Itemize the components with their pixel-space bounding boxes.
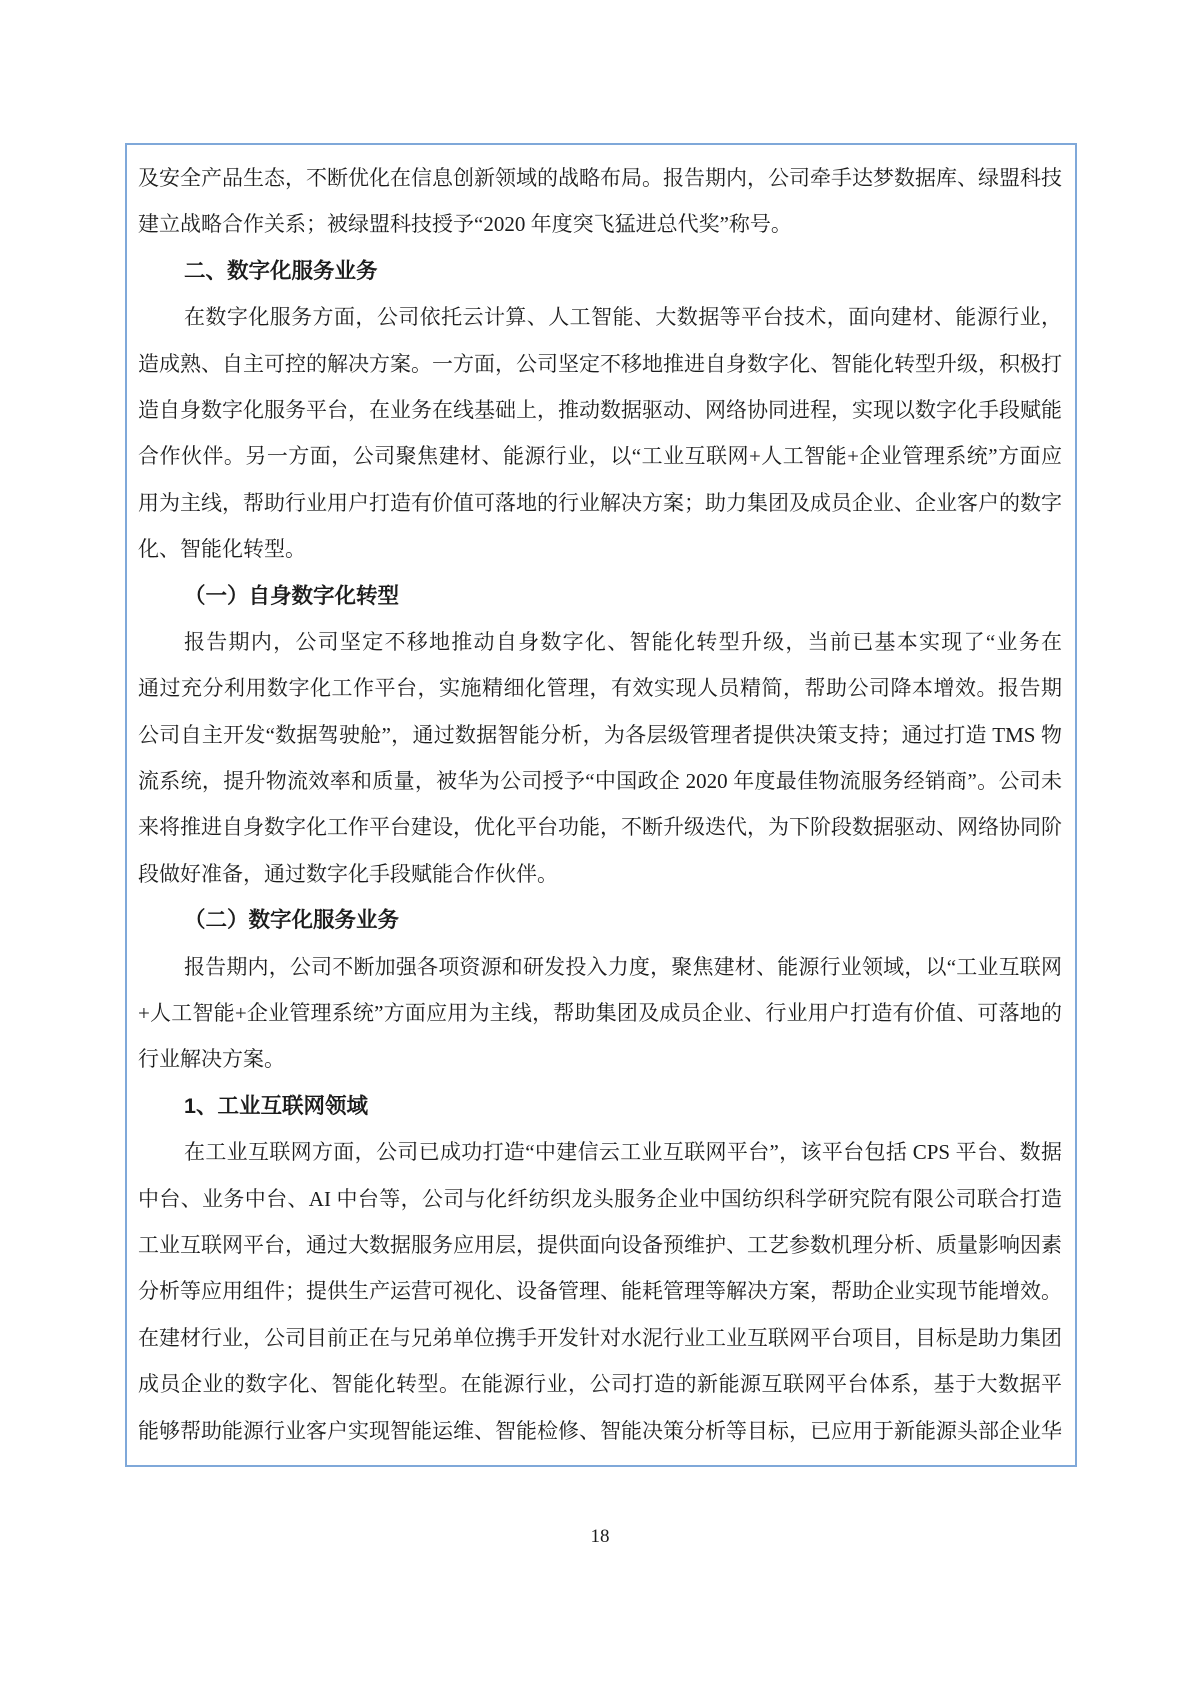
body-text-line: 通过充分利用数字化工作平台，实施精细化管理，有效实现人员精简，帮助公司降本增效。… xyxy=(138,665,1062,711)
body-text-line: 分析等应用组件；提供生产运营可视化、设备管理、能耗管理等解决方案，帮助企业实现节… xyxy=(138,1268,1062,1314)
content-border-frame: 及安全产品生态，不断优化在信息创新领域的战略布局。报告期内，公司牵手达梦数据库、… xyxy=(125,143,1077,1467)
body-text-line: 在工业互联网方面，公司已成功打造“中建信云工业互联网平台”，该平台包括 CPS … xyxy=(138,1129,1062,1175)
body-text-line: 用为主线，帮助行业用户打造有价值可落地的行业解决方案；助力集团及成员企业、企业客… xyxy=(138,480,1062,526)
heading-line: （一）自身数字化转型 xyxy=(138,573,1062,619)
body-text-line: 化、智能化转型。 xyxy=(138,526,1062,572)
body-text-line: 段做好准备，通过数字化手段赋能合作伙伴。 xyxy=(138,851,1062,897)
body-text-line: 能够帮助能源行业客户实现智能运维、智能检修、智能决策分析等目标，已应用于新能源头… xyxy=(138,1408,1062,1454)
heading-line: （二）数字化服务业务 xyxy=(138,897,1062,943)
body-text-line: 在建材行业，公司目前正在与兄弟单位携手开发针对水泥行业工业互联网平台项目，目标是… xyxy=(138,1315,1062,1361)
body-text-line: 中台、业务中台、AI 中台等，公司与化纤纺织龙头服务企业中国纺织科学研究院有限公… xyxy=(138,1176,1062,1222)
body-text-line: 行业解决方案。 xyxy=(138,1036,1062,1082)
heading-line: 二、数字化服务业务 xyxy=(138,248,1062,294)
body-text-line: 来将推进自身数字化工作平台建设，优化平台功能，不断升级迭代，为下阶段数据驱动、网… xyxy=(138,804,1062,850)
body-text-line: 报告期内，公司不断加强各项资源和研发投入力度，聚焦建材、能源行业领域，以“工业互… xyxy=(138,944,1062,990)
heading-line: 1、工业互联网领域 xyxy=(138,1083,1062,1129)
body-text-line: 及安全产品生态，不断优化在信息创新领域的战略布局。报告期内，公司牵手达梦数据库、… xyxy=(138,155,1062,201)
body-text-line: 公司自主开发“数据驾驶舱”，通过数据智能分析，为各层级管理者提供决策支持；通过打… xyxy=(138,712,1062,758)
body-text-line: 造成熟、自主可控的解决方案。一方面，公司坚定不移地推进自身数字化、智能化转型升级… xyxy=(138,341,1062,387)
body-text-line: +人工智能+企业管理系统”方面应用为主线，帮助集团及成员企业、行业用户打造有价值… xyxy=(138,990,1062,1036)
body-text-line: 流系统，提升物流效率和质量，被华为公司授予“中国政企 2020 年度最佳物流服务… xyxy=(138,758,1062,804)
body-text-line: 工业互联网平台，通过大数据服务应用层，提供面向设备预维护、工艺参数机理分析、质量… xyxy=(138,1222,1062,1268)
body-text-line: 建立战略合作关系；被绿盟科技授予“2020 年度突飞猛进总代奖”称号。 xyxy=(138,201,1062,247)
body-text-line: 报告期内，公司坚定不移地推动自身数字化、智能化转型升级，当前已基本实现了“业务在… xyxy=(138,619,1062,665)
body-text-line: 成员企业的数字化、智能化转型。在能源行业，公司打造的新能源互联网平台体系，基于大… xyxy=(138,1361,1062,1407)
body-text-line: 在数字化服务方面，公司依托云计算、人工智能、大数据等平台技术，面向建材、能源行业… xyxy=(138,294,1062,340)
page-number: 18 xyxy=(0,1526,1200,1548)
body-text-line: 造自身数字化服务平台，在业务在线基础上，推动数据驱动、网络协同进程，实现以数字化… xyxy=(138,387,1062,433)
document-page: 及安全产品生态，不断优化在信息创新领域的战略布局。报告期内，公司牵手达梦数据库、… xyxy=(0,0,1200,1697)
body-text-line: 合作伙伴。另一方面，公司聚焦建材、能源行业，以“工业互联网+人工智能+企业管理系… xyxy=(138,433,1062,479)
